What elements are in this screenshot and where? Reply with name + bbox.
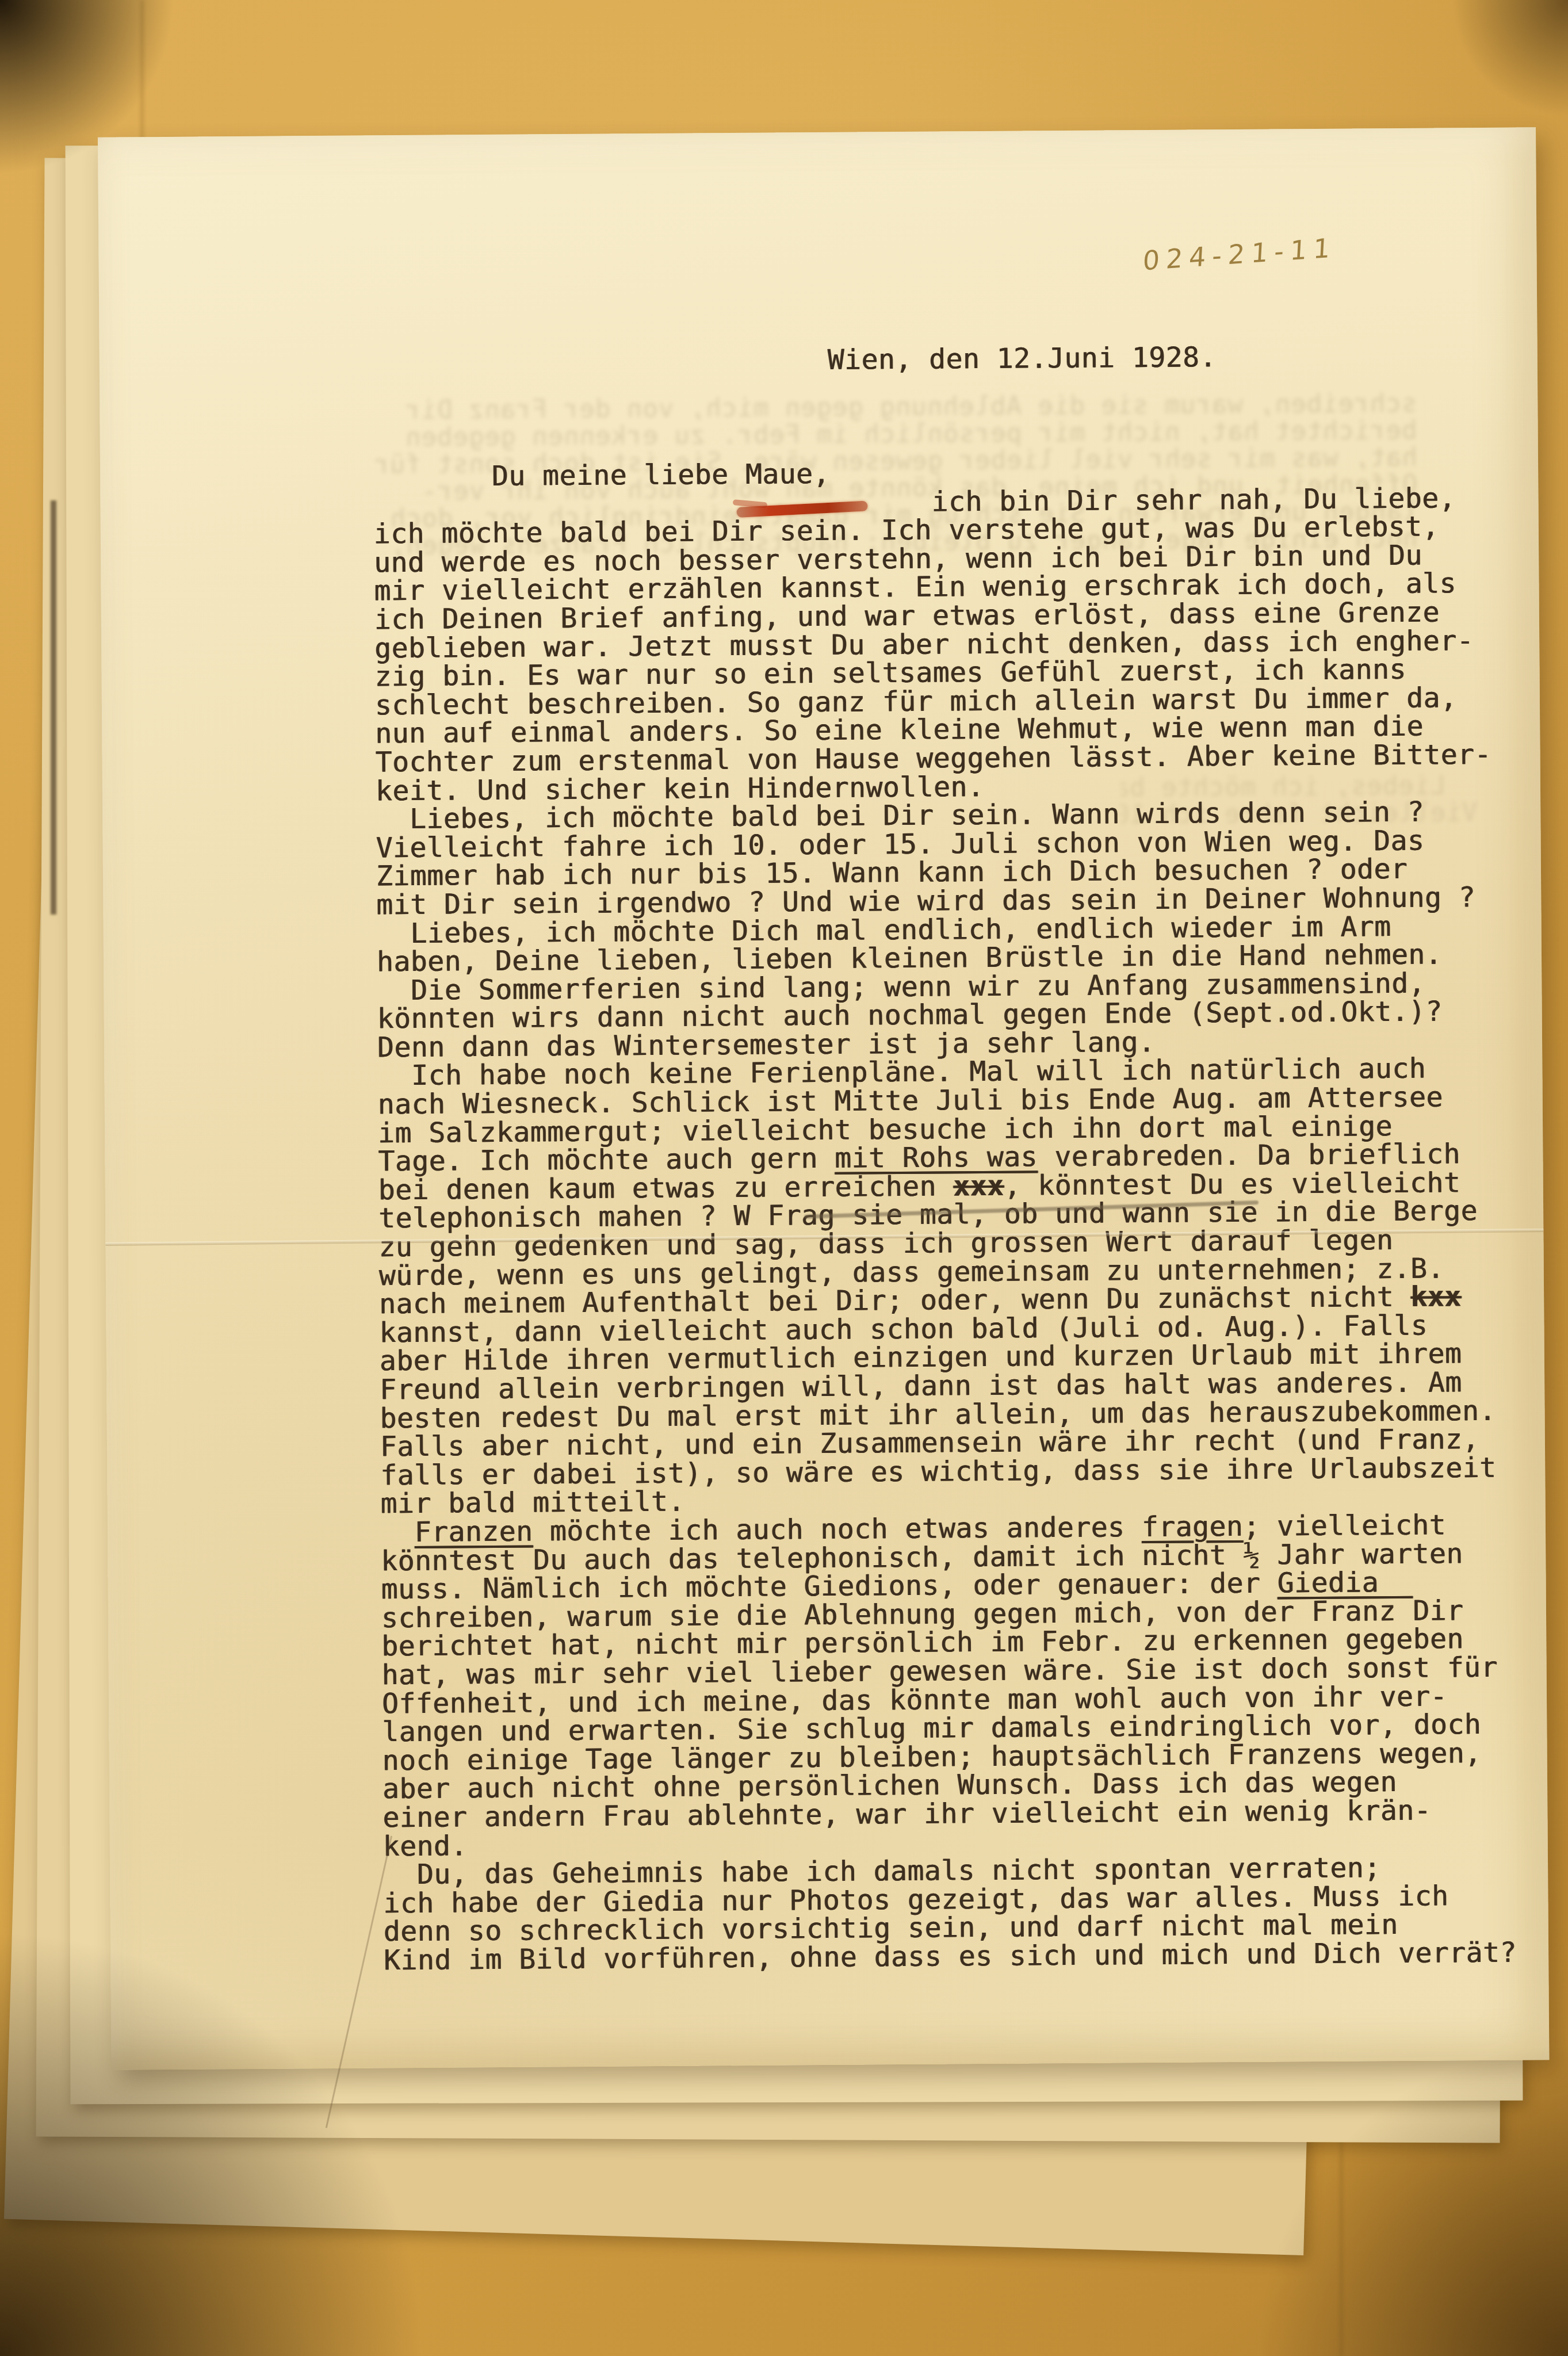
letter-line: falls er dabei ist), so wäre es wichtig,…	[380, 1454, 1513, 1490]
letter-line: Kind im Bild vorführen, ohne dass es sic…	[384, 1938, 1517, 1975]
letter-body: Du meine liebe Maue, ich bin Dir sehr na…	[373, 456, 1517, 1975]
letter-page: schreiben, warum sie die Ablehnung gegen…	[98, 127, 1549, 2070]
archival-number: 024-21-11	[1142, 232, 1337, 276]
archive-photo: schreiben, warum sie die Ablehnung gegen…	[0, 0, 1568, 2356]
letter-line: einer andern Frau ablehnte, war ihr viel…	[383, 1796, 1516, 1832]
date-line: Wien, den 12.Juni 1928.	[828, 341, 1217, 376]
sheet-gap-shadow	[51, 500, 56, 915]
